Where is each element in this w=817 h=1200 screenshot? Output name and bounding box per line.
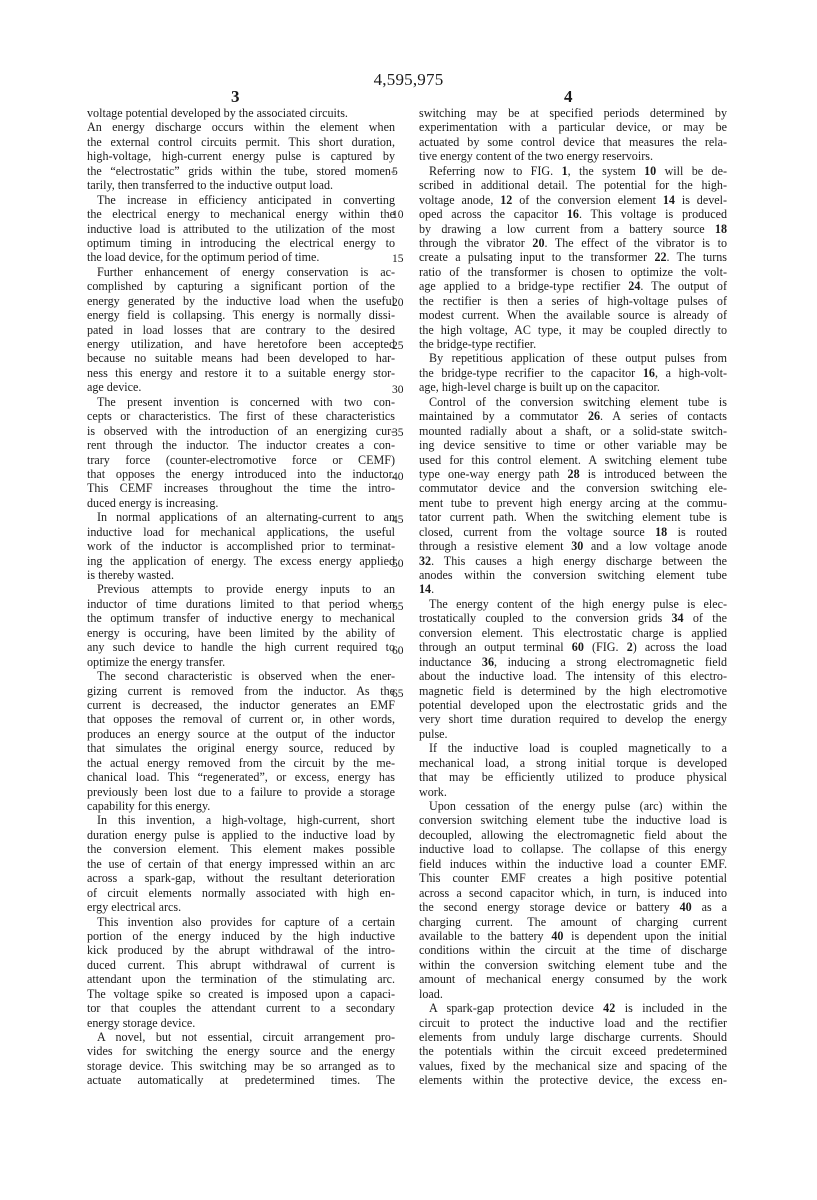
text-line: energy generated by the inductive load w… [87,294,395,308]
text-line: elements within the protective device, t… [419,1073,727,1087]
text-line: The increase in efficiency anticipated i… [87,193,395,207]
text-line: tive energy content of the two energy re… [419,149,727,163]
text-line: Further enhancement of energy conservati… [87,265,395,279]
text-line: by drawing a low current from a battery … [419,222,727,236]
text-line: the use of certain of that energy impres… [87,857,395,871]
text-line: within the conversion switching element … [419,958,727,972]
line-number: 65 [392,688,404,700]
text-line: mechanical load, a strong initial torque… [419,756,727,770]
text-line: 32. This causes a high energy discharge … [419,554,727,568]
text-line: A spark-gap protection device 42 is incl… [419,1001,727,1015]
text-line: actuate automatically at predetermined t… [87,1073,395,1087]
text-line: ness this energy and restore it to a sui… [87,366,395,380]
text-line: 14. [419,582,727,596]
text-line: portion of the energy induced by the hig… [87,929,395,943]
text-line: oped across the capacitor 16. This volta… [419,207,727,221]
text-line: This counter EMF creates a high positive… [419,871,727,885]
text-line: conversion element. This electrostatic c… [419,626,727,640]
text-line: the bridge-type rectifier. [419,337,727,351]
text-line: If the inductive load is coupled magneti… [419,741,727,755]
text-line: pated in load losses that are contrary t… [87,323,395,337]
text-line: conversion switching element tube the in… [419,813,727,827]
text-line: high-voltage, high-current energy pulse … [87,149,395,163]
text-line: actuated by some control device that mea… [419,135,727,149]
text-line: closed, current from the voltage source … [419,525,727,539]
text-line: voltage potential developed by the assoc… [87,106,395,120]
text-line: work. [419,785,727,799]
text-line: The energy content of the high energy pu… [419,597,727,611]
text-line: modest current. When the available sourc… [419,308,727,322]
text-line: that may be efficiently utilized to prod… [419,770,727,784]
line-number: 35 [392,427,404,439]
text-line: tor that couples the attendant current t… [87,1001,395,1015]
text-line: the external control circuits permit. Th… [87,135,395,149]
text-line: inductive load for mechanical applicatio… [87,525,395,539]
text-line: is thereby wasted. [87,568,395,582]
text-line: create a pulsating input to the transfor… [419,250,727,264]
text-line: the actual energy removed from the circu… [87,756,395,770]
column-number-right: 4 [564,87,573,107]
line-number: 45 [392,514,404,526]
text-line: This CEMF increases throughout the time … [87,481,395,495]
text-line: that opposes the energy introduced into … [87,467,395,481]
text-line: mounted radially about a shaft, or a sol… [419,424,727,438]
text-line: tator current path. When the switching e… [419,510,727,524]
text-line: the high voltage, AC type, it may be cou… [419,323,727,337]
text-line: circuit to protect the inductive load an… [419,1016,727,1030]
text-line: duced energy is increasing. [87,496,395,510]
text-line: amount of mechanical energy consumed by … [419,972,727,986]
text-line: cepts or characteristics. The first of t… [87,409,395,423]
text-line: magnetic field is determined by the high… [419,684,727,698]
text-line: maintained by a commutator 26. A series … [419,409,727,423]
text-line: field induces within the inductive load … [419,857,727,871]
text-line: conditions within the circuit at the tim… [419,943,727,957]
text-line: across a second capacitor which, in turn… [419,886,727,900]
text-line: load. [419,987,727,1001]
text-line: age device. [87,380,395,394]
text-line: charging current. The amount of charging… [419,915,727,929]
text-line: inductive load to collapse. The collapse… [419,842,727,856]
text-line: The present invention is concerned with … [87,395,395,409]
text-line: inductor of time durations limited to th… [87,597,395,611]
text-line: attendant upon the termination of the st… [87,972,395,986]
text-line: In normal applications of an alternating… [87,510,395,524]
text-line: scribed in additional detail. The potent… [419,178,727,192]
text-line: An energy discharge occurs within the el… [87,120,395,134]
text-line: ratio of the transformer is chosen to op… [419,265,727,279]
text-line: The voltage spike so created is imposed … [87,987,395,1001]
text-line: age applied to a bridge-type rectifier 2… [419,279,727,293]
text-line: available to the battery 40 is dependent… [419,929,727,943]
text-line: the potentials within the circuit exceed… [419,1044,727,1058]
text-line: the “electrostatic” grids within the tub… [87,164,395,178]
text-line: potential developed upon the electrostat… [419,698,727,712]
text-line: the conversion element. This element mak… [87,842,395,856]
text-line: used for this control element. A switchi… [419,453,727,467]
line-number: 60 [392,645,404,657]
line-number: 10 [392,209,404,221]
text-line: switching may be at specified periods de… [419,106,727,120]
text-line: trostatically coupled to the conversion … [419,611,727,625]
text-line: ergy electrical arcs. [87,900,395,914]
right-text-column: switching may be at specified periods de… [419,106,727,1088]
text-line: voltage anode, 12 of the conversion elem… [419,193,727,207]
patent-number: 4,595,975 [0,70,817,90]
text-line: about the inductive load. The intensity … [419,669,727,683]
line-number: 30 [392,384,404,396]
text-line: complished by capturing a significant po… [87,279,395,293]
text-line: age, high-level charge is built up on th… [419,380,727,394]
text-line: the optimum transfer of inductive energy… [87,611,395,625]
text-line: produces an energy source at the output … [87,727,395,741]
text-line: current is decreased, the inductor gener… [87,698,395,712]
line-number: 20 [392,297,404,309]
text-line: energy storage device. [87,1016,395,1030]
text-line: inductive load is attributed to the util… [87,222,395,236]
line-number: 5 [392,166,398,178]
text-line: By repetitious application of these outp… [419,351,727,365]
text-line: values, fixed by the mechanical size and… [419,1059,727,1073]
text-line: Referring now to FIG. 1, the system 10 w… [419,164,727,178]
text-line: In this invention, a high-voltage, high-… [87,813,395,827]
text-line: very short time duration required to dev… [419,712,727,726]
text-line: storage device. This switching may be so… [87,1059,395,1073]
text-line: of circuit elements normally associated … [87,886,395,900]
text-line: duration energy pulse is applied to the … [87,828,395,842]
text-line: type one-way energy path 28 is introduce… [419,467,727,481]
text-line: the bridge-type recrifier to the capacit… [419,366,727,380]
text-line: through the vibrator 20. The effect of t… [419,236,727,250]
text-line: trary force (counter-electromotive force… [87,453,395,467]
text-line: gizing current is removed from the induc… [87,684,395,698]
text-line: through an output terminal 60 (FIG. 2) a… [419,640,727,654]
line-number: 40 [392,471,404,483]
text-line: work of the inductor is accomplished pri… [87,539,395,553]
text-line: The second characteristic is observed wh… [87,669,395,683]
text-line: across a spark-gap, without the resultan… [87,871,395,885]
line-number: 55 [392,601,404,613]
text-line: anodes within the conversion switching e… [419,568,727,582]
text-line: rent through the inductor. The inductor … [87,438,395,452]
text-line: energy is occuring, have been limited by… [87,626,395,640]
text-line: is observed with the introduction of an … [87,424,395,438]
text-line: capability for this energy. [87,799,395,813]
text-line: the rectifier is then a series of high-v… [419,294,727,308]
text-line: inductance 36, inducing a strong electro… [419,655,727,669]
text-line: This invention also provides for capture… [87,915,395,929]
text-line: chanical load. This “regenerated”, or ex… [87,770,395,784]
line-number: 15 [392,253,404,265]
text-line: ing device sensitive to time or other va… [419,438,727,452]
text-line: previously been lost due to a failure to… [87,785,395,799]
left-text-column: voltage potential developed by the assoc… [87,106,395,1088]
text-line: Previous attempts to provide energy inpu… [87,582,395,596]
text-line: pulse. [419,727,727,741]
text-line: experimentation with a particular device… [419,120,727,134]
text-line: that simulates the original energy sourc… [87,741,395,755]
text-line: the electrical energy to mechanical ener… [87,207,395,221]
text-line: Control of the conversion switching elem… [419,395,727,409]
text-line: commutator device and the conversion swi… [419,481,727,495]
text-line: A novel, but not essential, circuit arra… [87,1030,395,1044]
text-line: any such device to handle the high curre… [87,640,395,654]
text-line: duced current. This abrupt withdrawal of… [87,958,395,972]
column-number-left: 3 [231,87,240,107]
text-line: energy utilization, and have heretofore … [87,337,395,351]
text-line: ing the application of energy. The exces… [87,554,395,568]
text-line: tarily, then transferred to the inductiv… [87,178,395,192]
text-line: through a resistive element 30 and a low… [419,539,727,553]
text-line: ment tube to prevent high energy arcing … [419,496,727,510]
text-line: the load device, for the optimum period … [87,250,395,264]
text-line: that opposes the removal of current or, … [87,712,395,726]
text-line: because no suitable means had been devel… [87,351,395,365]
text-line: elements from unduly large discharge cur… [419,1030,727,1044]
text-line: the second energy storage device or batt… [419,900,727,914]
text-line: kick produced by the abrupt withdrawal o… [87,943,395,957]
text-line: Upon cessation of the energy pulse (arc)… [419,799,727,813]
text-line: optimum timing in introducing the electr… [87,236,395,250]
text-line: decoupled, allowing the electromagnetic … [419,828,727,842]
line-number: 50 [392,558,404,570]
text-line: energy field is collapsing. This energy … [87,308,395,322]
text-line: vides for switching the energy source an… [87,1044,395,1058]
text-line: optimize the energy transfer. [87,655,395,669]
line-number: 25 [392,340,404,352]
